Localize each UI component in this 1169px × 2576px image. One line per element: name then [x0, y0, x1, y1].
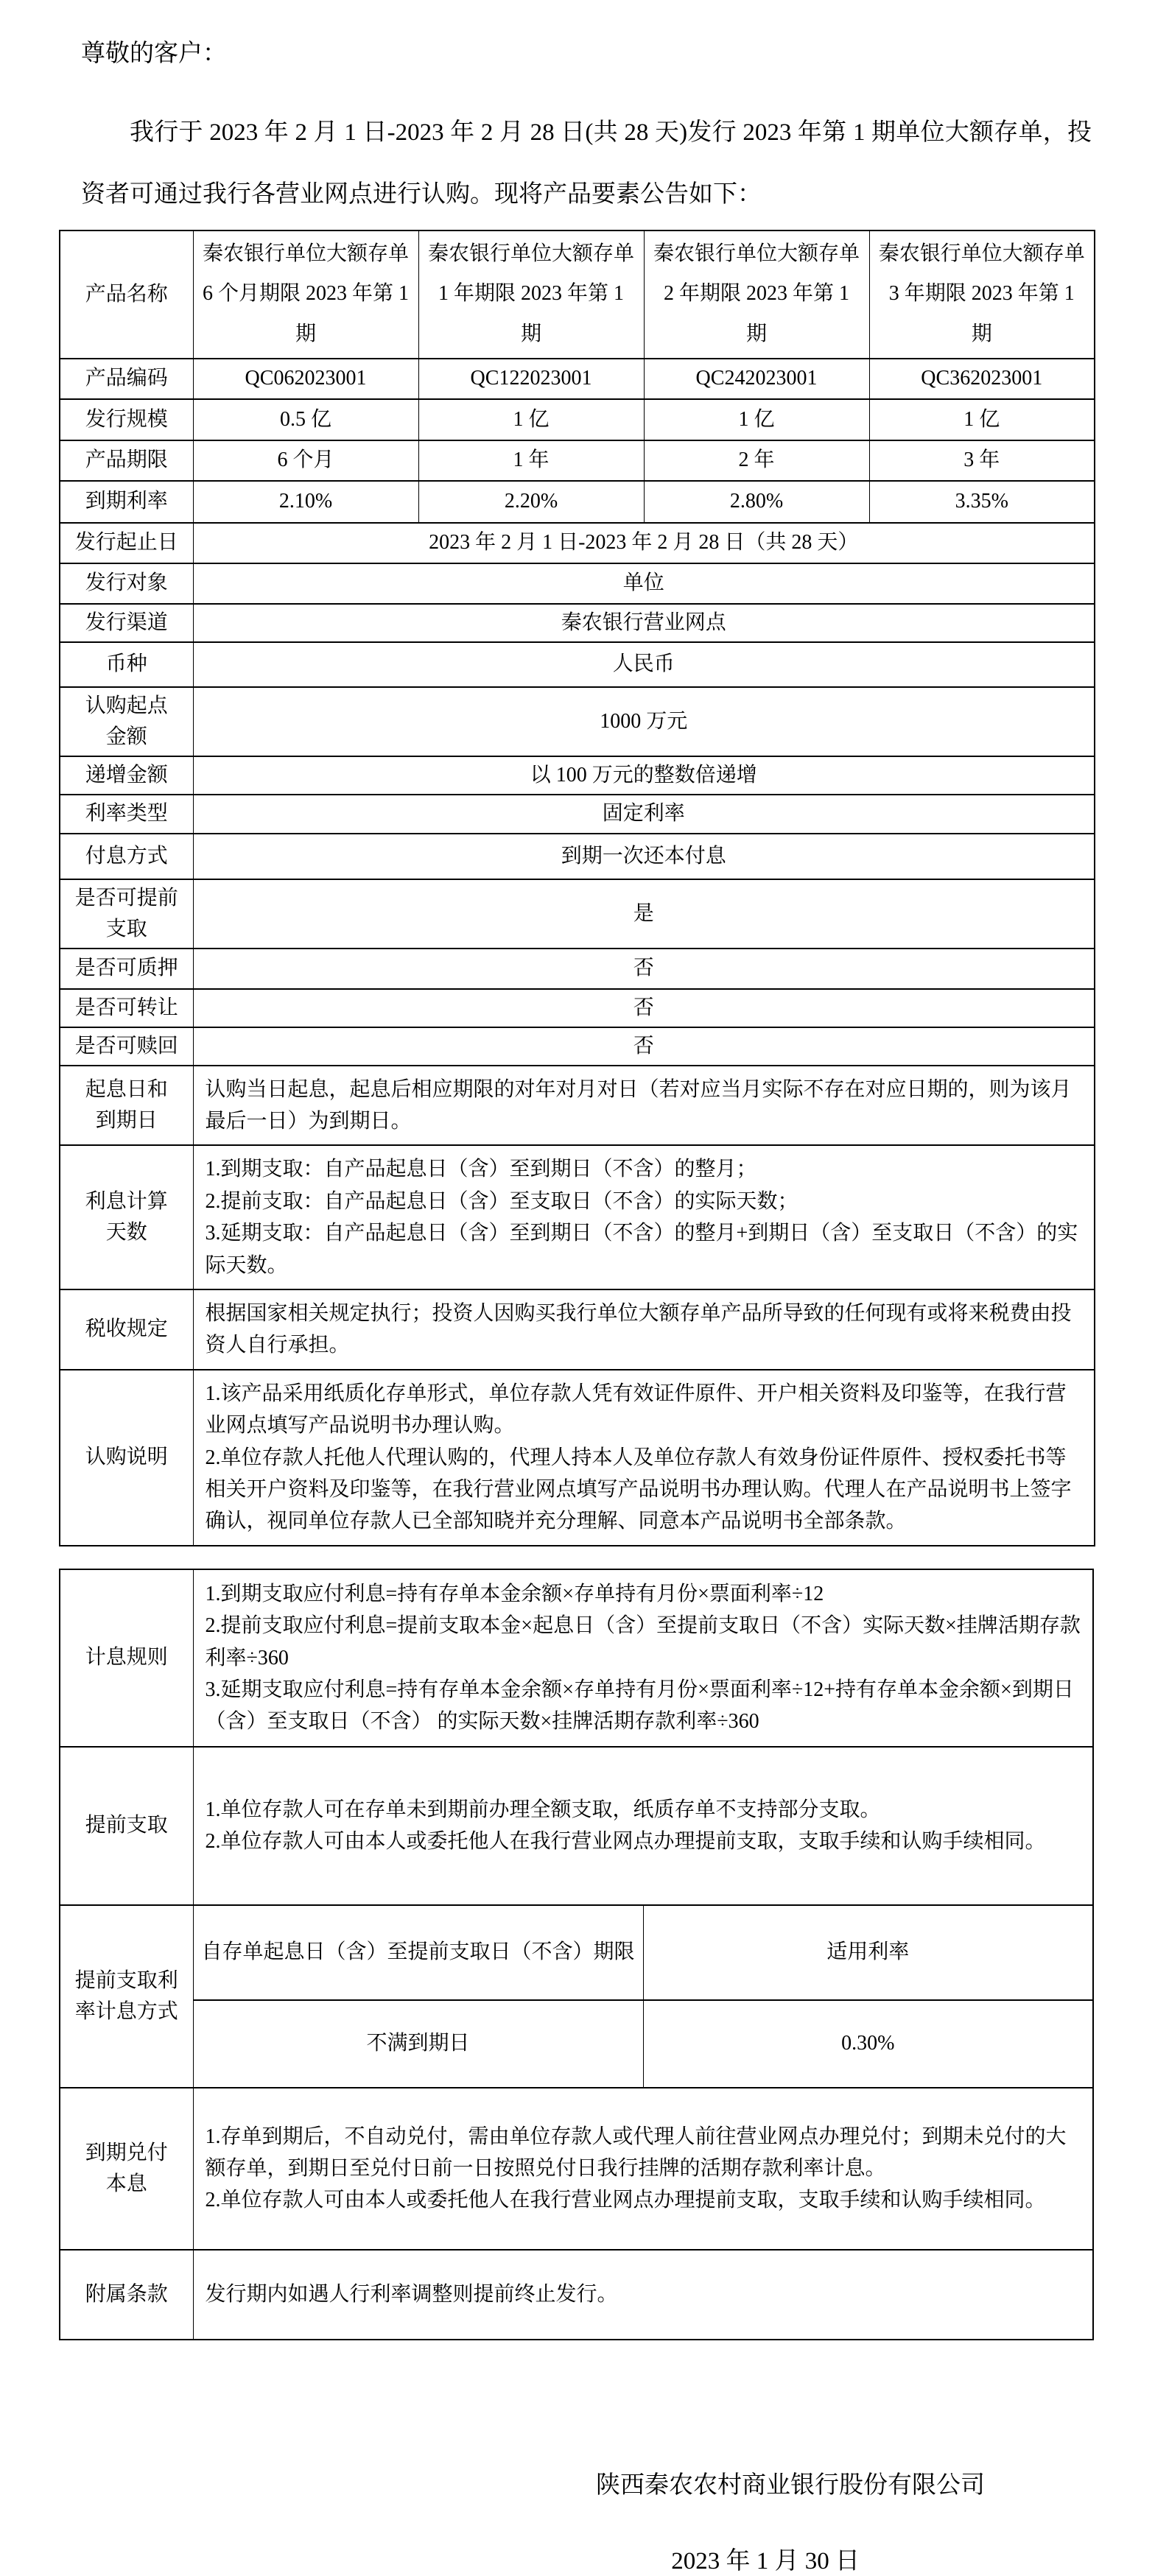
row-label: 发行规模 [60, 399, 193, 440]
row-early-withdrawal-allowed: 是否可提前 支取 是 [60, 879, 1095, 949]
cell-currency: 人民币 [193, 642, 1095, 687]
cell-increment-amount: 以 100 万元的整数倍递增 [193, 756, 1095, 795]
cell-redeemable: 否 [193, 1027, 1095, 1066]
cell-applicable-rate-header: 适用利率 [643, 1905, 1093, 2000]
row-product-code: 产品编码 QC062023001 QC122023001 QC242023001… [60, 359, 1095, 399]
row-label: 发行起止日 [60, 523, 193, 563]
row-label: 认购起点 金额 [60, 687, 193, 756]
issuer-signature: 陕西秦农农村商业银行股份有限公司 [59, 2466, 1103, 2500]
rules-table: 计息规则 1.到期支取应付利息=持有存单本金余额×存单持有月份×票面利率÷12 … [59, 1569, 1094, 2340]
cell-issue-period: 2023 年 2 月 1 日-2023 年 2 月 28 日（共 28 天） [193, 523, 1095, 563]
cell-product-name-2y: 秦农银行单位大额存单 2 年期限 2023 年第 1 期 [644, 230, 869, 359]
cell-value-maturity-date: 认购当日起息，起息后相应期限的对年对月对日（若对应当月实际不存在对应日期的，则为… [193, 1066, 1095, 1146]
row-label: 产品期限 [60, 440, 193, 481]
cell-tax-provisions: 根据国家相关规定执行；投资人因购买我行单位大额存单产品所导致的任何现有或将来税费… [193, 1289, 1095, 1370]
row-label: 发行对象 [60, 563, 193, 604]
row-label: 提前支取 [60, 1747, 193, 1905]
cell-term-1y: 1 年 [418, 440, 644, 481]
row-label: 产品编码 [60, 359, 193, 399]
row-label: 是否可赎回 [60, 1027, 193, 1066]
row-pledgeable: 是否可质押 否 [60, 949, 1095, 989]
row-maturity-redemption: 到期兑付 本息 1.存单到期后，不自动兑付，需由单位存款人或代理人前往营业网点办… [60, 2088, 1093, 2250]
row-supplementary-terms: 附属条款 发行期内如遇人行利率调整则提前终止发行。 [60, 2250, 1093, 2340]
row-issue-channel: 发行渠道 秦农银行营业网点 [60, 604, 1095, 642]
row-label: 起息日和 到期日 [60, 1066, 193, 1146]
cell-scale-1y: 1 亿 [418, 399, 644, 440]
row-rate-type: 利率类型 固定利率 [60, 795, 1095, 834]
cell-issue-target: 单位 [193, 563, 1095, 604]
row-label: 递增金额 [60, 756, 193, 795]
row-label: 利率类型 [60, 795, 193, 834]
cell-period-value: 不满到期日 [193, 2000, 643, 2088]
row-issue-period: 发行起止日 2023 年 2 月 1 日-2023 年 2 月 28 日（共 2… [60, 523, 1095, 563]
row-early-withdrawal: 提前支取 1.单位存款人可在存单未到期前办理全额支取，纸质存单不支持部分支取。 … [60, 1747, 1093, 1905]
cell-rate-type: 固定利率 [193, 795, 1095, 834]
row-increment-amount: 递增金额 以 100 万元的整数倍递增 [60, 756, 1095, 795]
row-currency: 币种 人民币 [60, 642, 1095, 687]
row-label: 计息规则 [60, 1569, 193, 1747]
row-product-name: 产品名称 秦农银行单位大额存单 6 个月期限 2023 年第 1 期 秦农银行单… [60, 230, 1095, 359]
intro-paragraph: 我行于 2023 年 2 月 1 日-2023 年 2 月 28 日(共 28 … [81, 102, 1092, 225]
row-min-subscription: 认购起点 金额 1000 万元 [60, 687, 1095, 756]
cell-interest-calc-rules: 1.到期支取应付利息=持有存单本金余额×存单持有月份×票面利率÷12 2.提前支… [193, 1569, 1093, 1747]
row-label: 提前支取利 率计息方式 [60, 1905, 193, 2088]
row-interest-payment: 付息方式 到期一次还本付息 [60, 834, 1095, 879]
row-interest-calc-rules: 计息规则 1.到期支取应付利息=持有存单本金余额×存单持有月份×票面利率÷12 … [60, 1569, 1093, 1747]
cell-term-6m: 6 个月 [193, 440, 418, 481]
cell-product-name-1y: 秦农银行单位大额存单 1 年期限 2023 年第 1 期 [418, 230, 644, 359]
row-label: 税收规定 [60, 1289, 193, 1370]
cell-product-name-6m: 秦农银行单位大额存单 6 个月期限 2023 年第 1 期 [193, 230, 418, 359]
row-label: 是否可质押 [60, 949, 193, 989]
row-early-withdrawal-rate-value: 不满到期日 0.30% [60, 2000, 1093, 2088]
cell-product-name-3y: 秦农银行单位大额存单 3 年期限 2023 年第 1 期 [869, 230, 1095, 359]
cell-applicable-rate-value: 0.30% [643, 2000, 1093, 2088]
cell-rate-1y: 2.20% [418, 481, 644, 523]
cell-min-subscription: 1000 万元 [193, 687, 1095, 756]
cell-scale-6m: 0.5 亿 [193, 399, 418, 440]
cell-code-6m: QC062023001 [193, 359, 418, 399]
announcement-date: 2023 年 1 月 30 日 [59, 2541, 1103, 2576]
row-label: 认购说明 [60, 1370, 193, 1546]
cell-interest-payment: 到期一次还本付息 [193, 834, 1095, 879]
greeting: 尊敬的客户： [81, 40, 1103, 69]
cell-subscription-notes: 1.该产品采用纸质化存单形式，单位存款人凭有效证件原件、开户相关资料及印鉴等，在… [193, 1370, 1095, 1546]
cell-code-2y: QC242023001 [644, 359, 869, 399]
row-label: 到期兑付 本息 [60, 2088, 193, 2250]
cell-rate-2y: 2.80% [644, 481, 869, 523]
cell-term-2y: 2 年 [644, 440, 869, 481]
row-issue-scale: 发行规模 0.5 亿 1 亿 1 亿 1 亿 [60, 399, 1095, 440]
row-label: 利息计算 天数 [60, 1145, 193, 1289]
row-label: 币种 [60, 642, 193, 687]
document-page: 尊敬的客户： 我行于 2023 年 2 月 1 日-2023 年 2 月 28 … [0, 0, 1169, 2576]
product-elements-table: 产品名称 秦农银行单位大额存单 6 个月期限 2023 年第 1 期 秦农银行单… [59, 230, 1095, 1546]
row-early-withdrawal-rate-header: 提前支取利 率计息方式 自存单起息日（含）至提前支取日（不含）期限 适用利率 [60, 1905, 1093, 2000]
cell-code-1y: QC122023001 [418, 359, 644, 399]
cell-term-3y: 3 年 [869, 440, 1095, 481]
row-product-term: 产品期限 6 个月 1 年 2 年 3 年 [60, 440, 1095, 481]
row-interest-day-count: 利息计算 天数 1.到期支取：自产品起息日（含）至到期日（不含）的整月； 2.提… [60, 1145, 1095, 1289]
cell-period-header: 自存单起息日（含）至提前支取日（不含）期限 [193, 1905, 643, 2000]
row-tax-provisions: 税收规定 根据国家相关规定执行；投资人因购买我行单位大额存单产品所导致的任何现有… [60, 1289, 1095, 1370]
cell-scale-2y: 1 亿 [644, 399, 869, 440]
row-maturity-rate: 到期利率 2.10% 2.20% 2.80% 3.35% [60, 481, 1095, 523]
row-transferable: 是否可转让 否 [60, 989, 1095, 1027]
row-issue-target: 发行对象 单位 [60, 563, 1095, 604]
cell-early-withdrawal-allowed: 是 [193, 879, 1095, 949]
row-label: 产品名称 [60, 230, 193, 359]
cell-rate-3y: 3.35% [869, 481, 1095, 523]
cell-maturity-redemption: 1.存单到期后，不自动兑付，需由单位存款人或代理人前往营业网点办理兑付；到期未兑… [193, 2088, 1093, 2250]
cell-issue-channel: 秦农银行营业网点 [193, 604, 1095, 642]
row-label: 附属条款 [60, 2250, 193, 2340]
cell-rate-6m: 2.10% [193, 481, 418, 523]
row-subscription-notes: 认购说明 1.该产品采用纸质化存单形式，单位存款人凭有效证件原件、开户相关资料及… [60, 1370, 1095, 1546]
cell-pledgeable: 否 [193, 949, 1095, 989]
row-value-maturity-date: 起息日和 到期日 认购当日起息，起息后相应期限的对年对月对日（若对应当月实际不存… [60, 1066, 1095, 1146]
cell-transferable: 否 [193, 989, 1095, 1027]
row-label: 付息方式 [60, 834, 193, 879]
row-label: 是否可提前 支取 [60, 879, 193, 949]
cell-interest-day-count: 1.到期支取：自产品起息日（含）至到期日（不含）的整月； 2.提前支取：自产品起… [193, 1145, 1095, 1289]
cell-early-withdrawal: 1.单位存款人可在存单未到期前办理全额支取，纸质存单不支持部分支取。 2.单位存… [193, 1747, 1093, 1905]
cell-scale-3y: 1 亿 [869, 399, 1095, 440]
row-label: 发行渠道 [60, 604, 193, 642]
row-label: 是否可转让 [60, 989, 193, 1027]
cell-code-3y: QC362023001 [869, 359, 1095, 399]
row-label: 到期利率 [60, 481, 193, 523]
row-redeemable: 是否可赎回 否 [60, 1027, 1095, 1066]
cell-supplementary-terms: 发行期内如遇人行利率调整则提前终止发行。 [193, 2250, 1093, 2340]
